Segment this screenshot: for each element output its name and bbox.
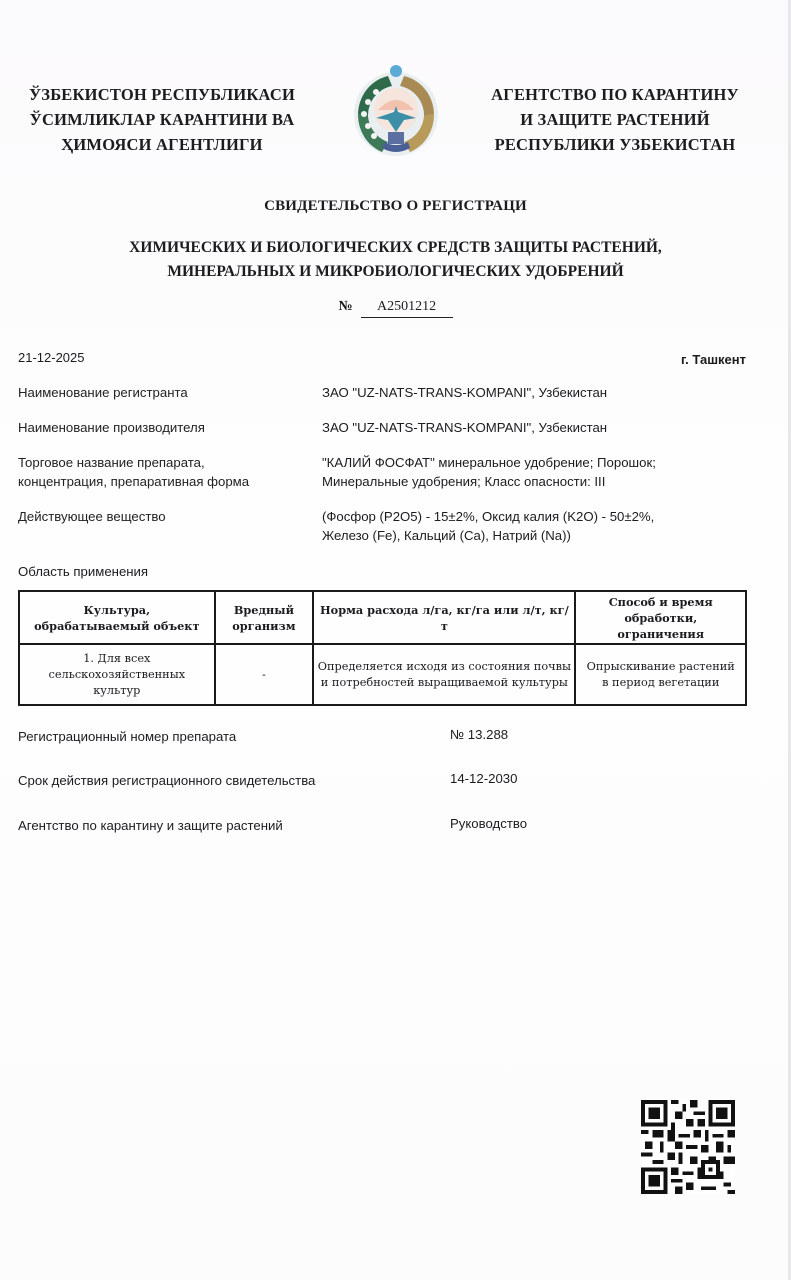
cell-crop-line-3: культур [23,683,211,699]
registrant-label: Наименование регистранта [18,383,308,402]
header-right-line-3: РЕСПУБЛИКИ УЗБЕКИСТАН [480,132,750,157]
cell-method-line-1: Опрыскивание растений [579,659,742,675]
header-org-russian: АГЕНТСТВО ПО КАРАНТИНУ И ЗАЩИТЕ РАСТЕНИЙ… [480,82,750,157]
header-pest: Вредный организм [215,591,314,644]
validity-label: Срок действия регистрационного свидетель… [18,773,315,788]
qr-code-icon[interactable] [641,1098,735,1196]
issue-city: г. Ташкент [681,352,746,367]
header-left-line-3: ҲИМОЯСИ АГЕНТЛИГИ [14,132,310,157]
document-page: ЎЗБЕКИСТОН РЕСПУБЛИКАСИ ЎСИМЛИКЛАР КАРАН… [0,0,791,1280]
header-pest-line-1: Вредный [219,602,310,618]
cell-method: Опрыскивание растений в период вегетации [575,644,746,705]
table-row: 1. Для всех сельскохозяйственных культур… [19,644,746,705]
scope-section-label: Область применения [18,564,148,579]
reg-number-label: Регистрационный номер препарата [18,729,236,744]
cell-rate-line-1: Определяется исходя из состояния почвы [317,659,571,675]
header-left-line-1: ЎЗБЕКИСТОН РЕСПУБЛИКАСИ [14,82,310,107]
scope-table: Культура, обрабатываемый объект Вредный … [18,590,747,706]
certificate-number: №A2501212 [0,299,791,318]
state-emblem-icon [348,62,444,160]
header-method: Способ и время обработки, ограничения [575,591,746,644]
trade-name-value-line-1: "КАЛИЙ ФОСФАТ" минеральное удобрение; По… [322,453,762,472]
cell-method-line-2: в период вегетации [579,675,742,691]
header-crop-line-2: обрабатываемый объект [23,618,211,634]
header-right-line-1: АГЕНТСТВО ПО КАРАНТИНУ [480,82,750,107]
active-substance-line-1: (Фосфор (P2O5) - 15±2%, Оксид калия (K2O… [322,507,762,526]
trade-name-label-line-2: концентрация, препаративная форма [18,472,308,491]
cell-crop-line-2: сельскохозяйственных [23,667,211,683]
manufacturer-label: Наименование производителя [18,418,308,437]
header-crop-line-1: Культура, [23,602,211,618]
cell-pest-value: - [219,667,310,683]
cell-crop-line-1: 1. Для всех [23,651,211,667]
manufacturer-value: ЗАО "UZ-NATS-TRANS-KOMPANI", Узбекистан [322,418,762,437]
header-method-line-2: обработки, [579,610,742,626]
registrant-value: ЗАО "UZ-NATS-TRANS-KOMPANI", Узбекистан [322,383,762,402]
cell-rate-line-2: и потребностей выращиваемой культуры [317,675,571,691]
trade-name-label-line-1: Торговое название препарата, [18,453,308,472]
trade-name-value: "КАЛИЙ ФОСФАТ" минеральное удобрение; По… [322,453,762,491]
active-substance-line-2: Железо (Fe), Кальций (Ca), Натрий (Na)) [322,526,762,545]
header-pest-line-2: организм [219,618,310,634]
document-title: СВИДЕТЕЛЬСТВО О РЕГИСТРАЦИ [0,198,791,215]
header-method-line-3: ограничения [579,626,742,642]
issue-date: 21-12-2025 [18,350,85,365]
certificate-number-label: № [338,299,352,314]
agency-value: Руководство [450,816,527,831]
active-substance-label: Действующее вещество [18,507,308,526]
header-org-uzbek: ЎЗБЕКИСТОН РЕСПУБЛИКАСИ ЎСИМЛИКЛАР КАРАН… [14,82,310,157]
certificate-number-value: A2501212 [361,299,453,318]
active-substance-value: (Фосфор (P2O5) - 15±2%, Оксид калия (K2O… [322,507,762,545]
table-header-row: Культура, обрабатываемый объект Вредный … [19,591,746,644]
subtitle-line-2: МИНЕРАЛЬНЫХ И МИКРОБИОЛОГИЧЕСКИХ УДОБРЕН… [0,260,791,284]
agency-label: Агентство по карантину и защите растений [18,818,283,833]
validity-value: 14-12-2030 [450,771,517,786]
header-method-line-1: Способ и время [579,594,742,610]
subtitle-line-1: ХИМИЧЕСКИХ И БИОЛОГИЧЕСКИХ СРЕДСТВ ЗАЩИТ… [0,236,791,260]
header-left-line-2: ЎСИМЛИКЛАР КАРАНТИНИ ВА [14,107,310,132]
trade-name-value-line-2: Минеральные удобрения; Класс опасности: … [322,472,762,491]
header-rate: Норма расхода л/га, кг/га или л/т, кг/ т [313,591,575,644]
header-rate-line-1: Норма расхода л/га, кг/га или л/т, кг/ [317,602,571,618]
cell-crop: 1. Для всех сельскохозяйственных культур [19,644,215,705]
cell-rate: Определяется исходя из состояния почвы и… [313,644,575,705]
cell-pest: - [215,644,314,705]
header-crop: Культура, обрабатываемый объект [19,591,215,644]
trade-name-label: Торговое название препарата, концентраци… [18,453,308,491]
header-right-line-2: И ЗАЩИТЕ РАСТЕНИЙ [480,107,750,132]
header-rate-line-2: т [317,618,571,634]
reg-number-value: № 13.288 [450,727,508,742]
document-subtitle: ХИМИЧЕСКИХ И БИОЛОГИЧЕСКИХ СРЕДСТВ ЗАЩИТ… [0,236,791,284]
